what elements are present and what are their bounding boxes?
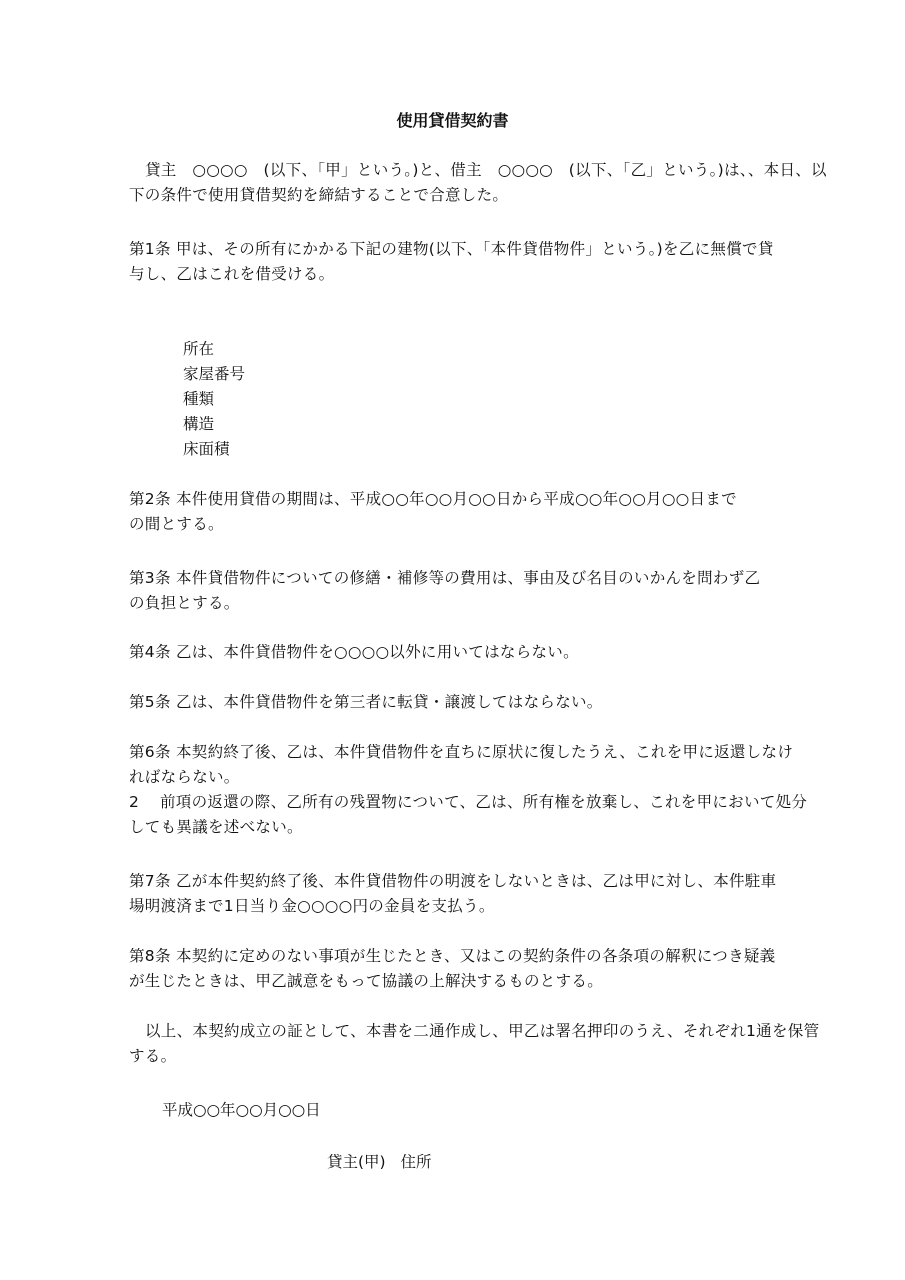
article-2: 第2条本件使用貸借の期間は、平成○○年○○月○○日から平成○○年○○月○○日まで…	[129, 487, 779, 537]
signature-block: 貸主(甲) 住所	[327, 1150, 432, 1172]
article-text: 本契約終了後、乙は、本件貸借物件を直ちに原状に復したうえ、これを甲に返還しなけ	[176, 743, 793, 761]
article-number: 第8条	[129, 944, 176, 969]
article-text: 乙は、本件貸借物件を○○○○以外に用いてはならない。	[176, 643, 579, 661]
article-number: 第4条	[129, 640, 176, 665]
article-5: 第5条乙は、本件貸借物件を第三者に転貸・譲渡してはならない。	[129, 690, 779, 715]
article-3: 第3条本件貸借物件についての修繕・補修等の費用は、事由及び名目のいかんを問わず乙…	[129, 566, 779, 616]
article-text: 乙が本件契約終了後、本件貸借物件の明渡をしないときは、乙は甲に対し、本件駐車	[176, 872, 776, 890]
property-field-type: 種類	[183, 387, 245, 412]
property-fields: 所在 家屋番号 種類 構造 床面積	[183, 337, 245, 462]
property-field-house-number: 家屋番号	[183, 362, 245, 387]
article-number: 第3条	[129, 566, 176, 591]
article-text: が生じたときは、甲乙誠意をもって協議の上解決するものとする。	[129, 969, 779, 994]
article-4: 第4条乙は、本件貸借物件を○○○○以外に用いてはならない。	[129, 640, 779, 665]
paragraph-text: しても異議を述べない。	[129, 815, 779, 840]
article-text: 本契約に定めのない事項が生じたとき、又はこの契約条件の各条項の解釈につき疑義	[176, 947, 775, 965]
article-text: 場明渡済まで1日当り金○○○○円の金員を支払う。	[129, 894, 779, 919]
property-field-floor-area: 床面積	[183, 437, 245, 462]
document-title: 使用貸借契約書	[0, 108, 905, 131]
preamble-line: 貸主 ○○○○ (以下、「甲」という。)と、借主 ○○○○ (以下、「乙」という…	[129, 158, 779, 183]
closing-line: する。	[129, 1044, 779, 1069]
article-text: の間とする。	[129, 512, 779, 537]
closing-line: 以上、本契約成立の証として、本書を二通作成し、甲乙は署名押印のうえ、それぞれ1通…	[129, 1019, 779, 1044]
article-7: 第7条乙が本件契約終了後、本件貸借物件の明渡をしないときは、乙は甲に対し、本件駐…	[129, 869, 779, 919]
closing-statement: 以上、本契約成立の証として、本書を二通作成し、甲乙は署名押印のうえ、それぞれ1通…	[129, 1019, 779, 1069]
article-number: 第1条	[129, 237, 176, 262]
address-label: 住所	[401, 1153, 432, 1171]
article-text: 甲は、その所有にかかる下記の建物(以下、「本件貸借物件」という。)を乙に無償で貸	[176, 240, 774, 258]
article-number: 第6条	[129, 740, 176, 765]
paragraph-number: 2	[129, 790, 160, 815]
paragraph-text: 前項の返還の際、乙所有の残置物について、乙は、所有権を放棄し、これを甲において処…	[160, 793, 807, 811]
property-field-location: 所在	[183, 337, 245, 362]
article-number: 第5条	[129, 690, 176, 715]
article-number: 第7条	[129, 869, 176, 894]
article-1: 第1条甲は、その所有にかかる下記の建物(以下、「本件貸借物件」という。)を乙に無…	[129, 237, 779, 287]
article-text: 本件貸借物件についての修繕・補修等の費用は、事由及び名目のいかんを問わず乙	[176, 569, 760, 587]
article-text: 本件使用貸借の期間は、平成○○年○○月○○日から平成○○年○○月○○日まで	[176, 490, 737, 508]
article-number: 第2条	[129, 487, 176, 512]
article-text: の負担とする。	[129, 591, 779, 616]
document-page: 使用貸借契約書 貸主 ○○○○ (以下、「甲」という。)と、借主 ○○○○ (以…	[0, 0, 905, 1280]
article-8: 第8条本契約に定めのない事項が生じたとき、又はこの契約条件の各条項の解釈につき疑…	[129, 944, 779, 994]
article-text: 乙は、本件貸借物件を第三者に転貸・譲渡してはならない。	[176, 693, 603, 711]
preamble: 貸主 ○○○○ (以下、「甲」という。)と、借主 ○○○○ (以下、「乙」という…	[129, 158, 779, 208]
lessor-label: 貸主(甲)	[327, 1153, 386, 1171]
property-field-structure: 構造	[183, 412, 245, 437]
article-text: 与し、乙はこれを借受ける。	[129, 262, 779, 287]
article-text: ればならない。	[129, 765, 779, 790]
contract-date: 平成○○年○○月○○日	[162, 1098, 321, 1120]
preamble-line: 下の条件で使用貸借契約を締結することで合意した。	[129, 183, 779, 208]
article-6: 第6条本契約終了後、乙は、本件貸借物件を直ちに原状に復したうえ、これを甲に返還し…	[129, 740, 779, 840]
